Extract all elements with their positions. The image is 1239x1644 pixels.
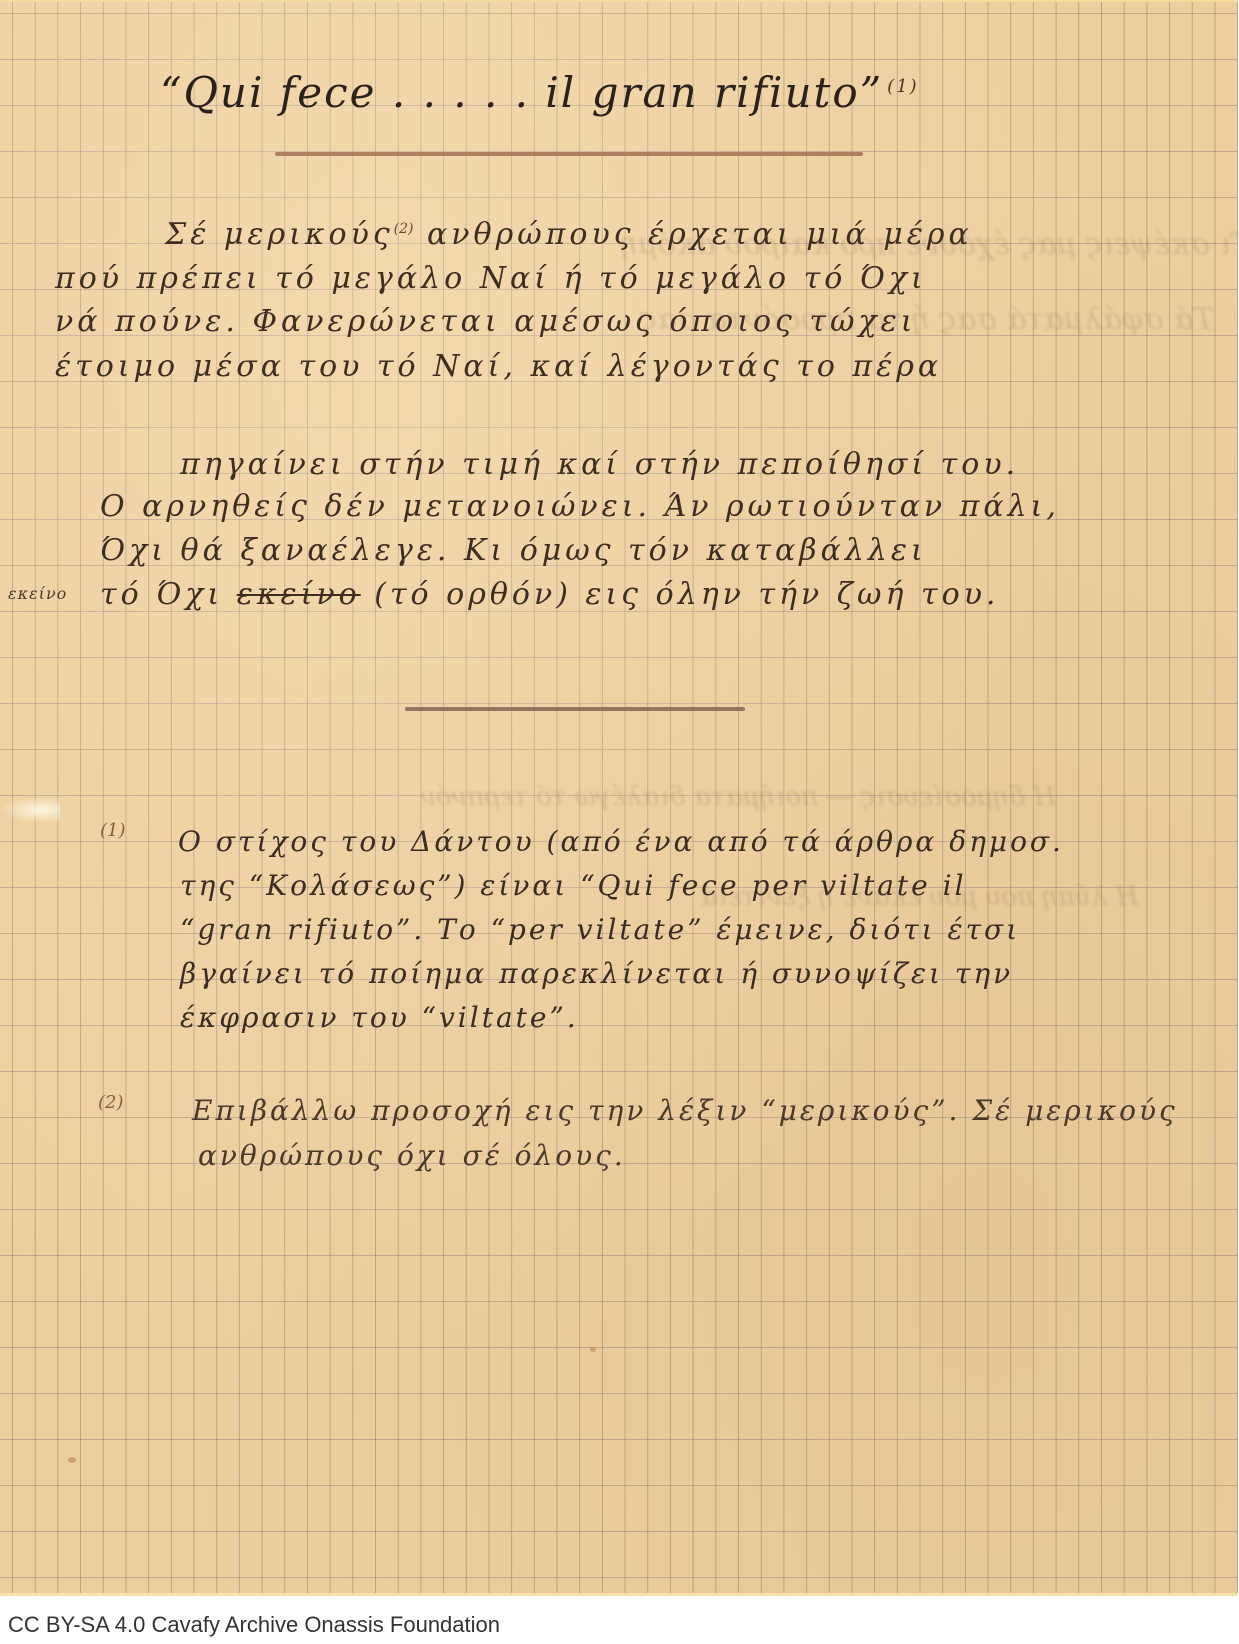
footnote-line: έκφρασιν του “viltate”. bbox=[180, 1004, 579, 1032]
footnote-line: Ο στίχος του Δάντου (από ένα από τά άρθρ… bbox=[178, 828, 1064, 856]
poem-line: έτοιμο μέσα του τό Ναί, καί λέγοντάς το … bbox=[55, 352, 942, 382]
poem-line: Σέ μερικούς(2) ανθρώπους έρχεται μιά μέρ… bbox=[165, 220, 973, 250]
title-underline bbox=[275, 152, 863, 156]
footnote-line: Επιβάλλω προσοχή εις την λέξιν “μερικούς… bbox=[192, 1097, 1178, 1125]
poem-line: πηγαίνει στήν τιμή καί στήν πεποίθησί το… bbox=[180, 450, 1019, 480]
poem-line: νά πούνε. Φανερώνεται αμέσως όποιος τώχε… bbox=[55, 307, 916, 337]
bleed-through-text: Η δημοσίευσις — ποιήματα διαλέγω τό τερπ… bbox=[420, 782, 1056, 812]
poem-title: “Qui fece . . . . . il gran rifiuto”(1) bbox=[160, 72, 919, 114]
poem-title-text: “Qui fece . . . . . il gran rifiuto” bbox=[160, 68, 883, 117]
poem-line: Ο αρνηθείς δέν μετανοιώνει. Άν ρωτιούντα… bbox=[100, 492, 1060, 522]
license-credit: CC BY-SA 4.0 Cavafy Archive Onassis Foun… bbox=[8, 1612, 500, 1638]
footnote-mark: (2) bbox=[98, 1092, 124, 1113]
footnote-mark: (1) bbox=[100, 820, 126, 841]
title-footnote-ref: (1) bbox=[887, 76, 919, 97]
manuscript-page: Τι σκέψεις μας έχουνε προ καιρού ακόμη Τ… bbox=[0, 0, 1238, 1596]
footnote-line: της “Κολάσεως”) είναι “Qui fece per vilt… bbox=[180, 872, 967, 900]
poem-line: τό Όχι εκείνο (τό ορθόν) εις όλην τήν ζω… bbox=[100, 580, 999, 610]
paper-stain bbox=[590, 1347, 596, 1352]
footnote-line: βγαίνει τό ποίημα παρεκλίνεται ή συνοψίζ… bbox=[180, 960, 1013, 988]
poem-line: πού πρέπει τό μεγάλο Ναί ή τό μεγάλο τό … bbox=[55, 264, 927, 294]
section-divider bbox=[405, 707, 745, 711]
margin-correction: εκείνο bbox=[8, 586, 67, 602]
struck-word: εκείνο bbox=[237, 577, 361, 612]
poem-line: Όχι θά ξαναέλεγε. Κι όμως τόν καταβάλλει bbox=[100, 536, 927, 566]
footnote-ref-2: (2) bbox=[394, 221, 414, 237]
paper-tear-mark bbox=[0, 797, 60, 823]
footnote-line: “gran rifiuto”. Το “per viltate” έμεινε,… bbox=[180, 916, 1020, 944]
paper-stain bbox=[68, 1457, 76, 1463]
footnote-line: ανθρώπους όχι σέ όλους. bbox=[198, 1142, 626, 1170]
